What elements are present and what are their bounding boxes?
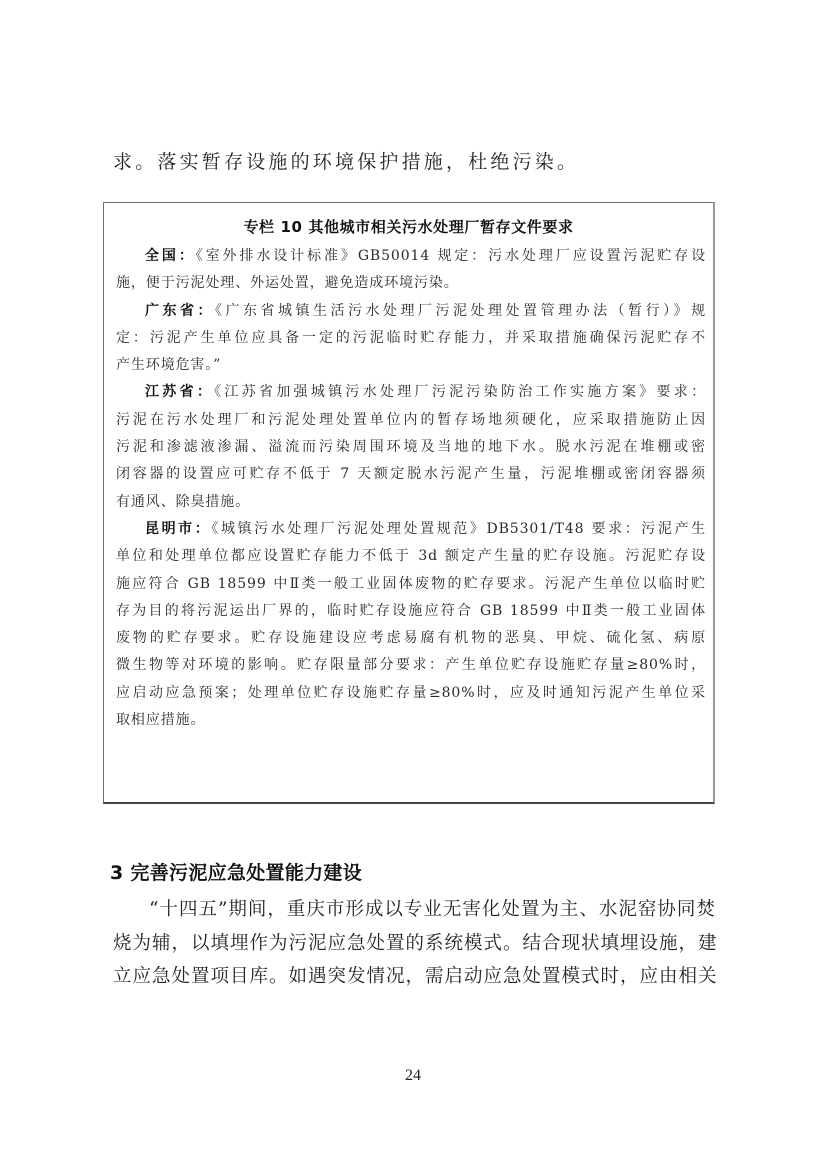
document-page: 求。落实暂存设施的环境保护措施，杜绝污染。 专栏 10 其他城市相关污水处理厂暂… xyxy=(0,0,826,1169)
section-paragraph: “十四五”期间，重庆市形成以专业无害化处置为主、水泥窑协同焚 烧为辅，以填埋作为… xyxy=(113,893,713,994)
entry-kunming-line-3: 施应符合 GB 18599 中Ⅱ类一般工业固体废物的贮存要求。污泥产生单位以临时… xyxy=(116,571,706,598)
entry-kunming-line-1: 昆明市：《城镇污水处理厂污泥处理处置规范》DB5301/T48 要求：污泥产生 xyxy=(116,516,706,543)
entry-jiangsu-line-5: 有通风、除臭措施。 xyxy=(116,489,706,516)
section-heading: 3 完善污泥应急处置能力建设 xyxy=(110,858,362,885)
box-title: 专栏 10 其他城市相关污水处理厂暂存文件要求 xyxy=(104,216,713,237)
lead-paragraph: 求。落实暂存设施的环境保护措施，杜绝污染。 xyxy=(113,147,713,177)
entry-guangdong-line-1: 广东省：《广东省城镇生活污水处理厂污泥处理处置管理办法（暂行）》规 xyxy=(116,298,706,325)
entry-kunming-line-5: 废物的贮存要求。贮存设施建设应考虑易腐有机物的恶臭、甲烷、硫化氢、病原 xyxy=(116,625,706,652)
entry-national-line-2: 施，便于污泥处理、外运处置，避免造成环境污染。 xyxy=(116,270,706,297)
entry-jiangsu-line-3: 污泥和渗滤液渗漏、溢流而污染周围环境及当地的地下水。脱水污泥在堆棚或密 xyxy=(116,434,706,461)
box-body: 全国：《室外排水设计标准》GB50014 规定：污水处理厂应设置污泥贮存设 施，… xyxy=(116,243,706,734)
entry-jiangsu-line-4: 闭容器的设置应可贮存不低于 7 天额定脱水污泥产生量，污泥堆棚或密闭容器须 xyxy=(116,461,706,488)
entry-label: 江苏省： xyxy=(145,384,214,400)
page-number: 24 xyxy=(0,1067,826,1085)
entry-kunming-line-8: 取相应措施。 xyxy=(116,707,706,734)
section-line-2: 烧为辅，以填埋作为污泥应急处置的系统模式。结合现状填埋设施，建 xyxy=(113,927,713,961)
entry-guangdong-line-2: 定：污泥产生单位应具备一定的污泥临时贮存能力，并采取措施确保污泥贮存不 xyxy=(116,325,706,352)
entry-label: 昆明市： xyxy=(145,521,211,537)
entry-kunming-line-7: 应启动应急预案；处理单位贮存设施贮存量≥80%时，应及时通知污泥产生单位采 xyxy=(116,680,706,707)
entry-kunming-line-4: 存为目的将污泥运出厂界的，临时贮存设施应符合 GB 18599 中Ⅱ类一般工业固… xyxy=(116,598,706,625)
sidebar-box-column-10: 专栏 10 其他城市相关污水处理厂暂存文件要求 全国：《室外排水设计标准》GB5… xyxy=(103,202,715,804)
entry-label: 广东省： xyxy=(145,303,215,319)
entry-kunming-line-6: 微生物等对环境的影响。贮存限量部分要求：产生单位贮存设施贮存量≥80%时， xyxy=(116,652,706,679)
section-line-1: “十四五”期间，重庆市形成以专业无害化处置为主、水泥窑协同焚 xyxy=(113,893,713,927)
entry-label: 全国： xyxy=(145,248,196,264)
entry-jiangsu-line-2: 污泥在污水处理厂和污泥处理处置单位内的暂存场地须硬化，应采取措施防止因 xyxy=(116,407,706,434)
entry-kunming-line-2: 单位和处理单位都应设置贮存能力不低于 3d 额定产生量的贮存设施。污泥贮存设 xyxy=(116,543,706,570)
entry-guangdong-line-3: 产生环境危害。” xyxy=(116,352,706,379)
entry-national-line-1: 全国：《室外排水设计标准》GB50014 规定：污水处理厂应设置污泥贮存设 xyxy=(116,243,706,270)
section-line-3: 立应急处置项目库。如遇突发情况，需启动应急处置模式时，应由相关 xyxy=(113,960,713,994)
entry-jiangsu-line-1: 江苏省：《江苏省加强城镇污水处理厂污泥污染防治工作实施方案》要求： xyxy=(116,379,706,406)
